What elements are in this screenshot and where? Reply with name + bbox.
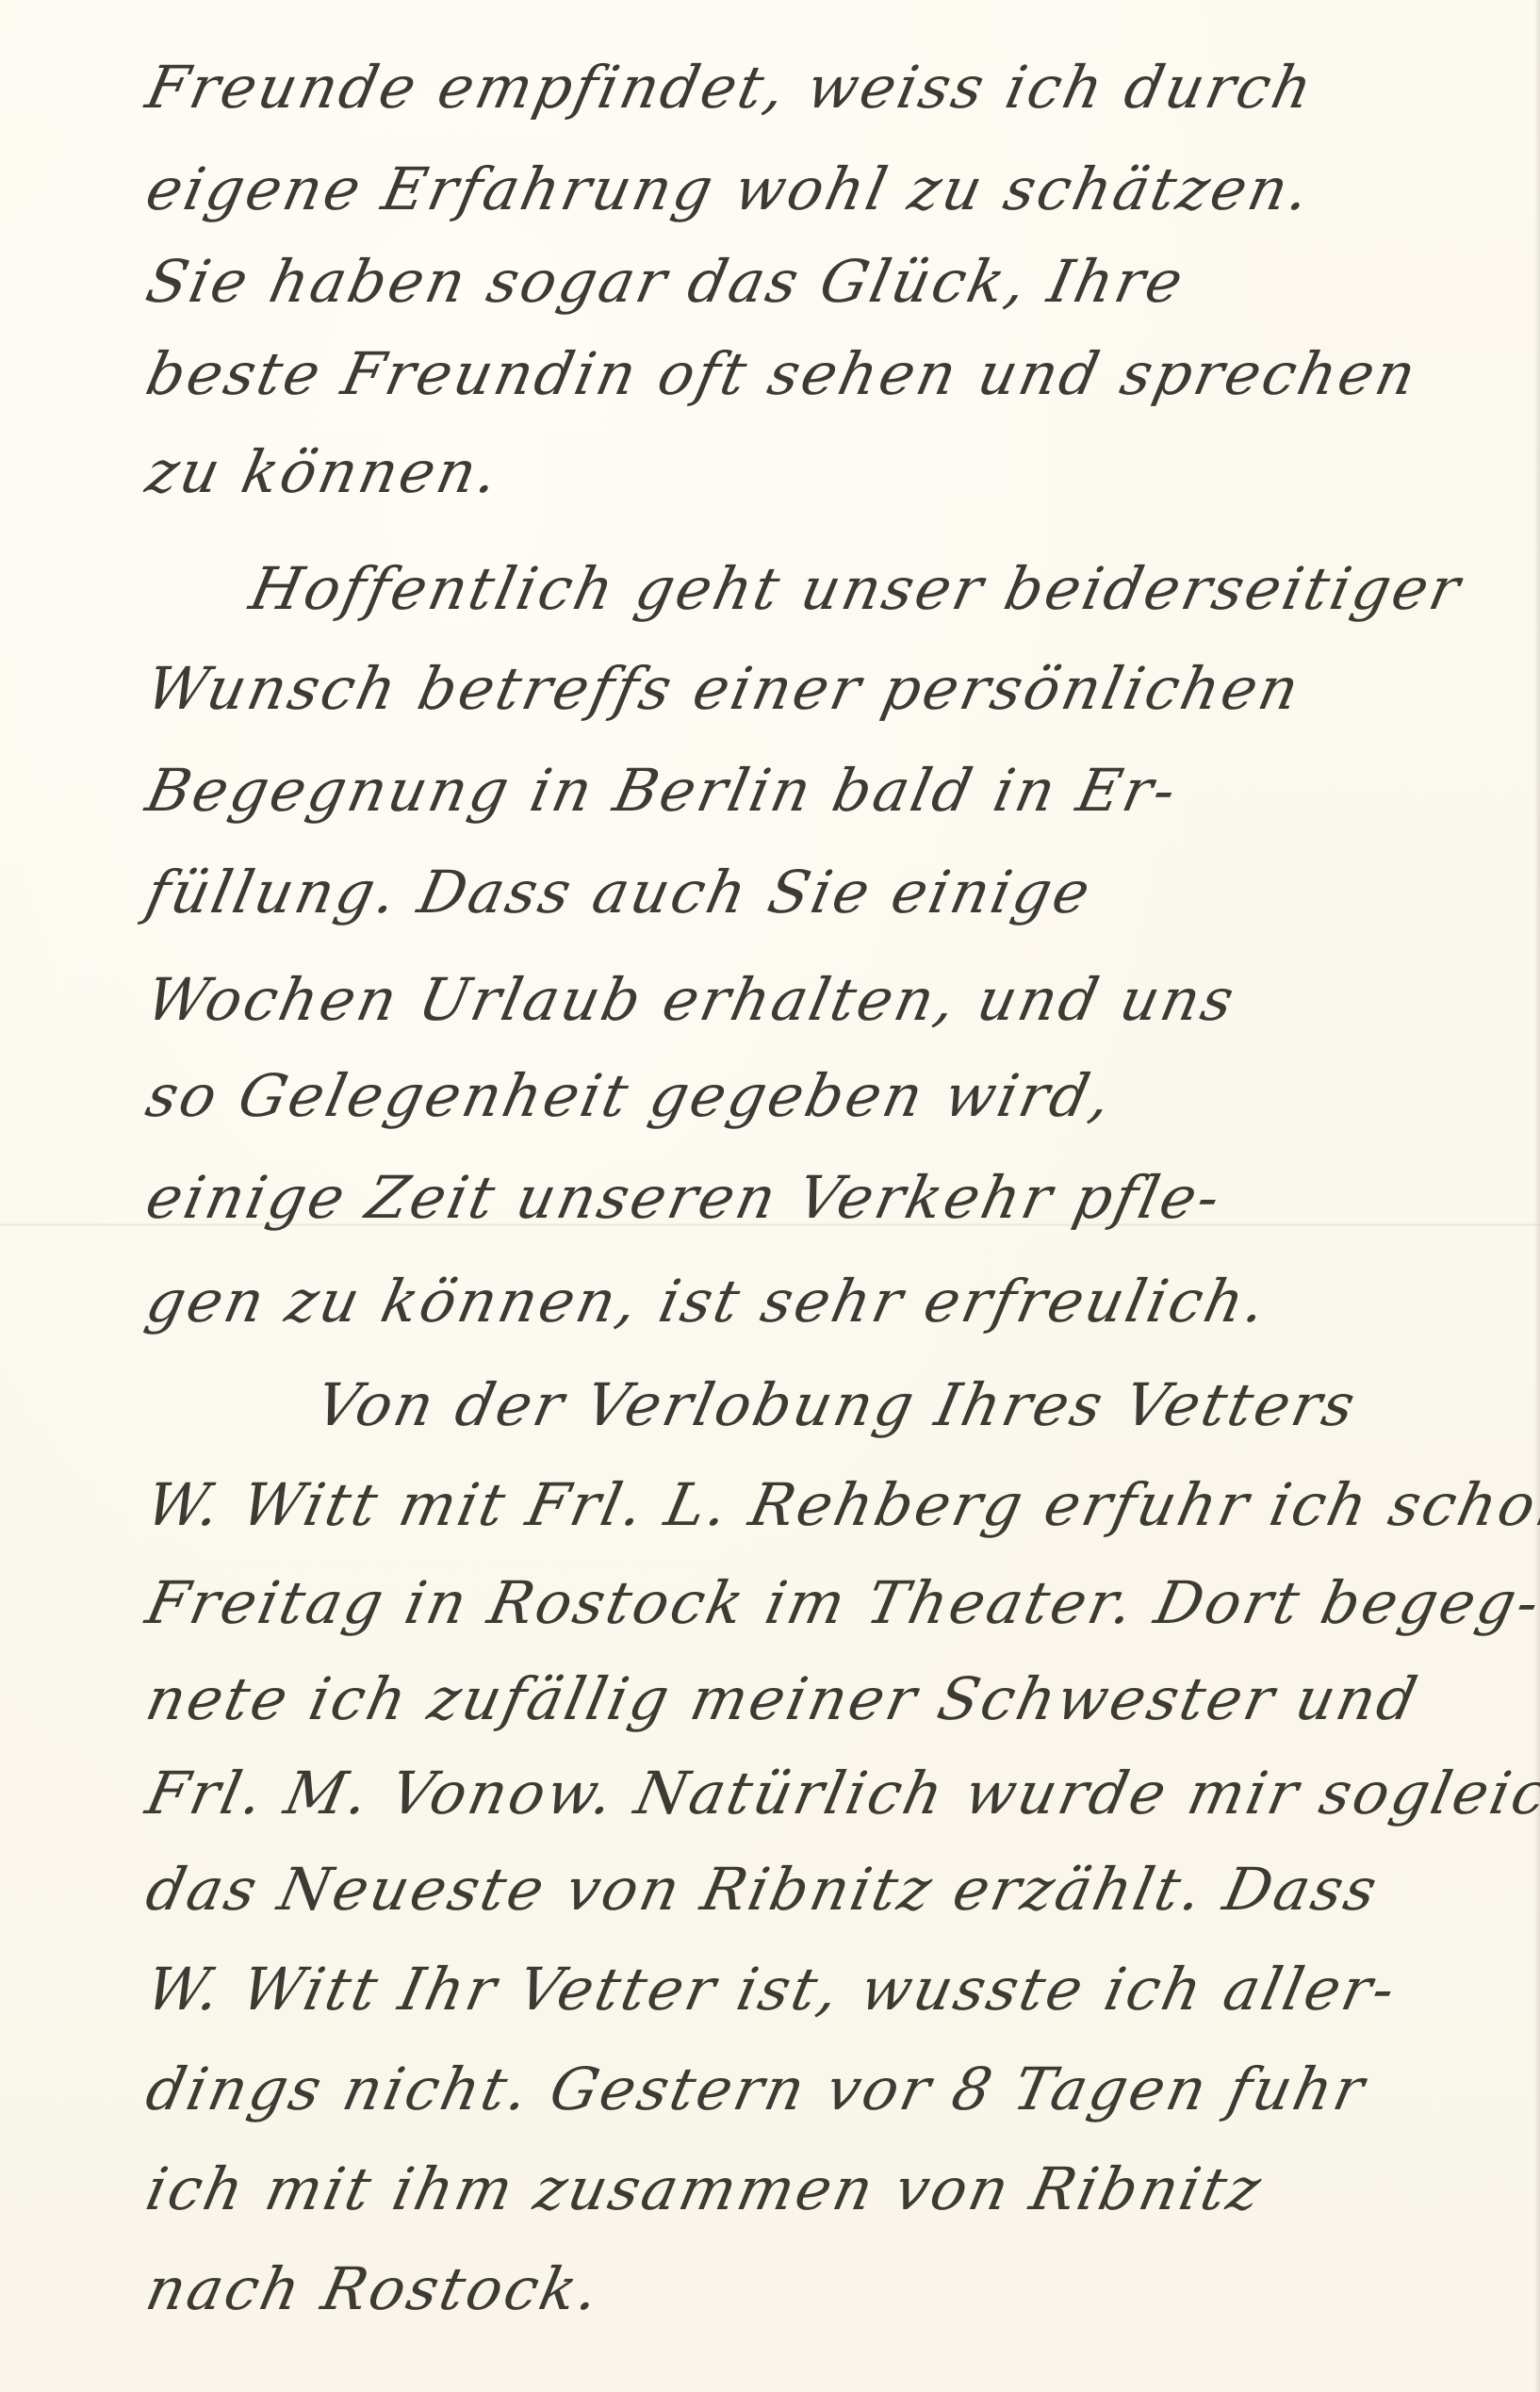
letter-line-6: Hoffentlich geht unser beiderseitiger	[245, 560, 1467, 618]
letter-line-20: W. Witt Ihr Vetter ist, wusste ich aller…	[141, 1960, 1402, 2019]
letter-line-15: W. Witt mit Frl. L. Rehberg erfuhr ich s…	[141, 1476, 1540, 1534]
letter-line-22: ich mit ihm zusammen von Ribnitz	[141, 2160, 1269, 2219]
letter-line-8: Begegnung in Berlin bald in Er-	[141, 762, 1184, 820]
letter-line-12: einige Zeit unseren Verkehr pfle-	[141, 1169, 1227, 1227]
letter-line-23: nach Rostock.	[141, 2260, 607, 2318]
letter-line-3: Sie haben sogar das Glück, Ihre	[141, 253, 1190, 311]
letter-line-11: so Gelegenheit gegeben wird,	[141, 1067, 1119, 1125]
letter-line-2: eigene Erfahrung wohl zu schätzen.	[141, 160, 1318, 219]
letter-line-21: dings nicht. Gestern vor 8 Tagen fuhr	[141, 2060, 1371, 2119]
letter-line-7: Wunsch betreffs einer persönlichen	[141, 660, 1306, 718]
letter-line-10: Wochen Urlaub erhalten, und uns	[141, 971, 1241, 1029]
paper-edge-shadow	[1534, 0, 1540, 2392]
letter-line-14: Von der Verlobung Ihres Vetters	[311, 1376, 1363, 1434]
letter-line-18: Frl. M. Vonow. Natürlich wurde mir sogle…	[141, 1764, 1540, 1823]
letter-line-5: zu können.	[141, 443, 506, 501]
letter-line-1: Freunde empfindet, weiss ich durch	[141, 58, 1319, 117]
letter-line-9: füllung. Dass auch Sie einige	[141, 863, 1097, 922]
letter-line-17: nete ich zufällig meiner Schwester und	[141, 1670, 1424, 1728]
letter-line-16: Freitag in Rostock im Theater. Dort bege…	[141, 1574, 1540, 1632]
letter-line-13: gen zu können, ist sehr erfreulich.	[141, 1272, 1273, 1331]
letter-line-4: beste Freundin oft sehen und sprechen	[141, 345, 1423, 403]
letter-line-19: das Neueste von Ribnitz erzählt. Dass	[141, 1860, 1384, 1919]
